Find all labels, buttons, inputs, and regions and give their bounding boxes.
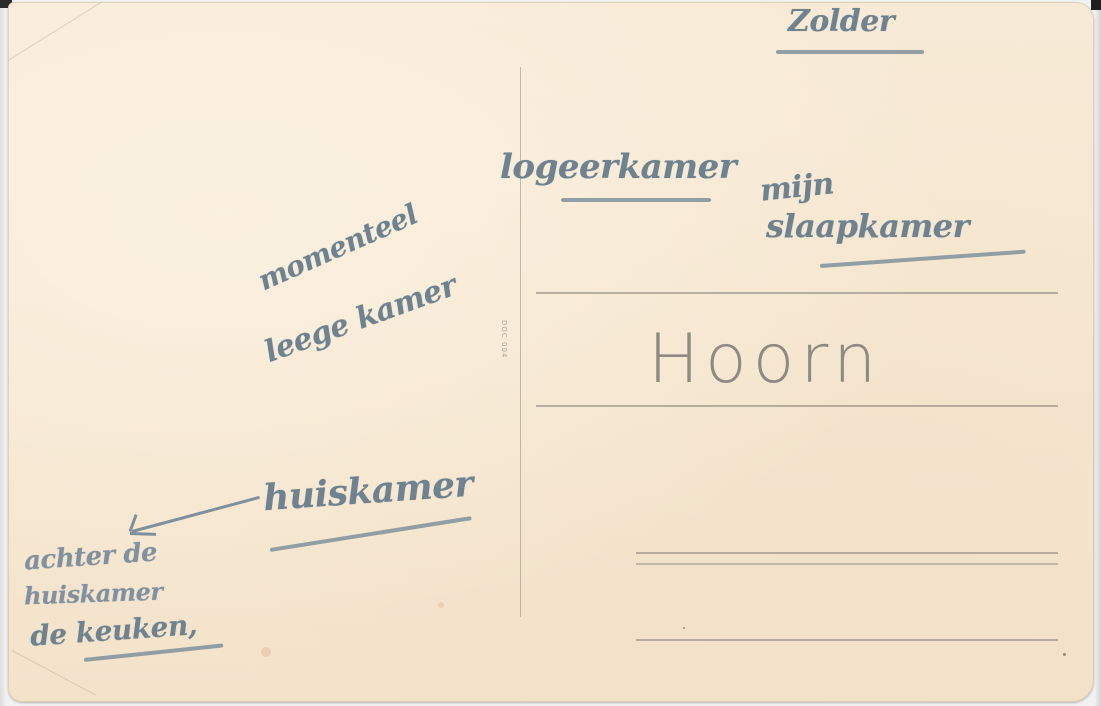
address-line xyxy=(536,405,1058,407)
paper-stain xyxy=(261,647,271,657)
paper-crease xyxy=(12,650,96,695)
label-underline xyxy=(561,198,711,202)
label-slaapkamer: slaapkamer xyxy=(766,207,969,245)
postcard-back: DOC 004 Hoorn Zolder logeerkamer mijn sl… xyxy=(8,2,1094,702)
printer-mark: DOC 004 xyxy=(500,320,508,358)
label-mijn: mijn xyxy=(758,166,835,209)
label-underline xyxy=(270,516,472,552)
label-momenteel: momenteel xyxy=(253,198,422,298)
paper-stain xyxy=(438,602,444,608)
arrow-pointer xyxy=(132,496,260,533)
address-line xyxy=(636,639,1058,641)
label-logeerkamer: logeerkamer xyxy=(500,147,736,187)
label-huiskamer: huiskamer xyxy=(262,463,474,520)
label-underline xyxy=(776,50,924,54)
paper-speck xyxy=(683,627,685,629)
label-zolder: Zolder xyxy=(788,4,894,39)
address-line xyxy=(636,552,1058,554)
address-city-pencil: Hoorn xyxy=(648,320,882,400)
label-achter-de: achter de xyxy=(23,537,158,576)
address-line xyxy=(636,563,1058,565)
paper-crease xyxy=(8,2,102,61)
arrow-head-icon xyxy=(130,532,156,536)
label-huiskamer-small: huiskamer xyxy=(24,577,163,611)
paper-speck xyxy=(1063,653,1066,656)
address-line xyxy=(536,292,1058,294)
label-de-keuken: de keuken, xyxy=(29,608,198,653)
label-underline xyxy=(820,250,1026,268)
scan-edge-shadow xyxy=(1091,0,1101,10)
